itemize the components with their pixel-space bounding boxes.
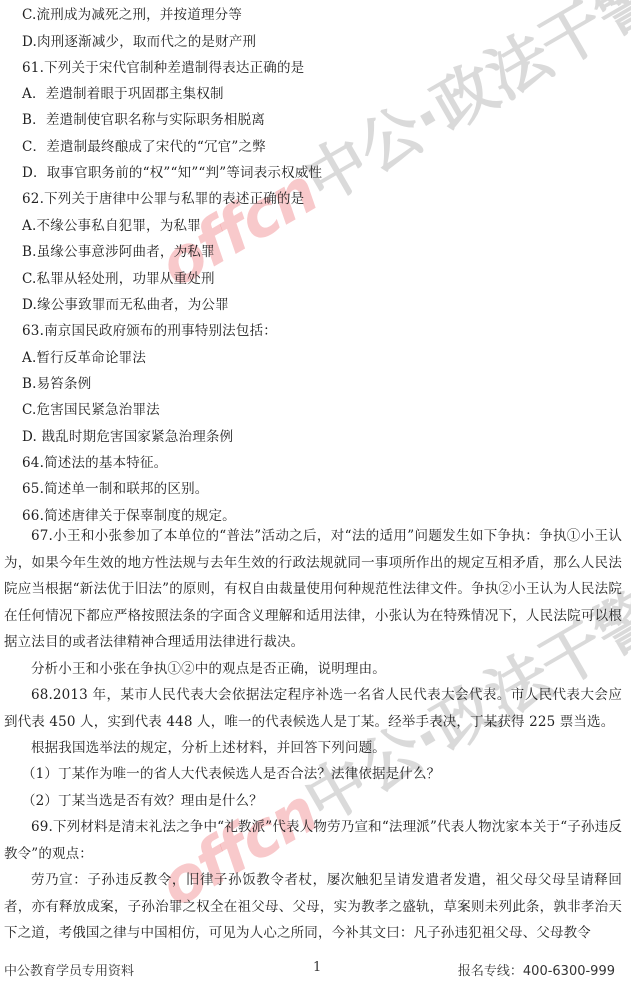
question-67-body: 67.小王和小张参加了本单位的“普法”活动之后，对“法的适用”问题发生如下争执：… [4,523,622,656]
option-62d: D.缘公事致罪而无私曲者，为公罪 [22,296,229,314]
option-62c: C.私罪从轻处刑，功罪从重处刑 [22,270,215,288]
option-62a: A.不缘公事私自犯罪，为私罪 [22,217,201,235]
question-69-body: 69.下列材料是清末礼法之争中“礼教派”代表人物劳乃宣和“法理派”代表人物沈家本… [4,814,622,867]
question-61: 61.下列关于宋代官制种差遣制得表达正确的是 [22,59,304,77]
question-68-body: 68.2013 年，某市人民代表大会依据法定程序补选一名省人民代表大会代表。市人… [4,682,622,735]
option-63d: D. 戡乱时期危害国家紧急治理条例 [22,428,233,446]
page-number: 1 [313,960,321,975]
option-61b: B．差遣制使官职名称与实际职务相脱离 [22,111,265,129]
question-69-quote: 劳乃宣：子孙违反教令，旧律子孙饭教令者杖，屡次触犯呈请发遣者发遣，祖父母父母呈请… [4,867,622,947]
footer-hotline: 报名专线：400-6300-999 [458,960,615,979]
question-62: 62.下列关于唐律中公罪与私罪的表述正确的是 [22,190,304,208]
question-68-sub2: （2）丁某当选是否有效？理由是什么？ [22,788,631,815]
option-61a: A．差遣制着眼于巩固郡主集权制 [22,85,224,103]
option-63a: A.暂行反革命论罪法 [22,349,146,367]
option-62b: B.虽缘公事意涉阿曲者，为私罪 [22,243,215,261]
option-63b: B.易笞条例 [22,375,91,393]
question-65: 65.简述单一制和联邦的区别。 [22,480,208,498]
watermark-text: 中公·政法干警 [292,0,631,218]
question-67-prompt: 分析小王和小张在争执①②中的观点是否正确，说明理由。 [4,656,622,683]
option-61c: C．差遣制最终酿成了宋代的“冗官”之弊 [22,138,266,156]
question-63: 63.南京国民政府颁布的刑事特别法包括： [22,322,277,340]
option-61d: D．取事官职务前的“权”“知”“判”等词表示权威性 [22,164,322,182]
footer-left: 中公教育学员专用资料 [4,960,134,979]
option-60d: D.肉刑逐渐减少，取而代之的是财产刑 [22,33,256,51]
option-60c: C.流刑成为减死之刑，并按道理分等 [22,6,242,24]
question-68-sub1: （1）丁某作为唯一的省人大代表候选人是否合法？法律依据是什么？ [22,761,631,788]
question-68-prompt: 根据我国选举法的规定，分析上述材料，并回答下列问题。 [4,735,622,762]
question-64: 64.简述法的基本特征。 [22,454,167,472]
document-page: offcn中公·政法干警 offcn中公·政法干警 C.流刑成为减死之刑，并按道… [0,0,631,987]
option-63c: C.危害国民紧急治罪法 [22,401,160,419]
